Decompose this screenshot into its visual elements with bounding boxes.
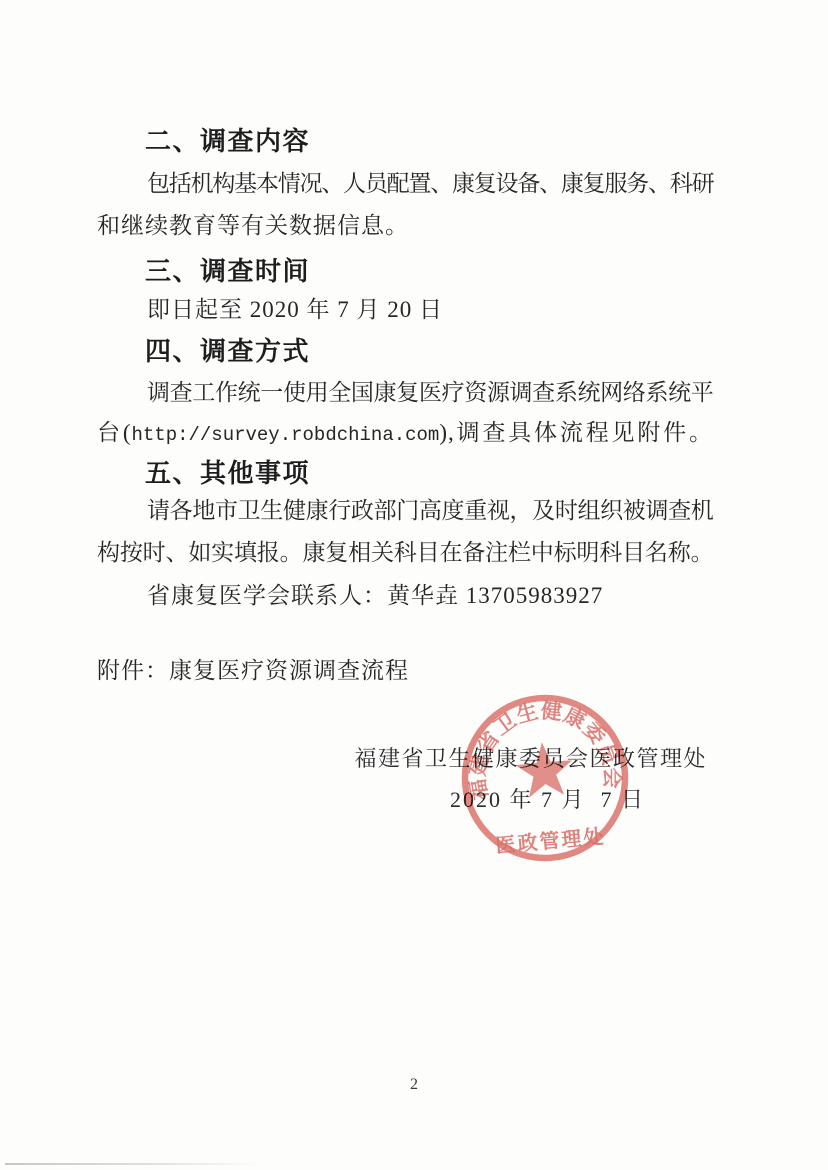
section-2-line-2: 和继续教育等有关数据信息。 [97,211,713,241]
section-5-line-2: 构按时、如实填报。康复相关科目在备注栏中标明科目名称。 [97,538,713,568]
section-3-line-1: 即日起至 2020 年 7 月 20 日 [97,295,713,325]
section-4-line-2: 台(http://survey.robdchina.com),调查具体流程见附件… [97,418,713,450]
page-number: 2 [0,1070,828,1100]
survey-url: http://survey.robdchina.com [131,424,439,446]
section-4-line-1: 调查工作统一使用全国康复医疗资源调查系统网络系统平 [97,378,713,408]
section-5-line-1: 请各地市卫生健康行政部门高度重视，及时组织被调查机 [97,496,713,526]
scan-artifact-line [5,1163,260,1165]
section-2-heading: 二、调查内容 [97,125,761,157]
official-seal-stamp: 福建省卫生健康委员会 医政管理处 [447,680,642,875]
section-3-heading: 三、调查时间 [97,255,761,287]
contact-line: 省康复医学会联系人：黄华垚 13705983927 [97,581,713,611]
section-4-heading: 四、调查方式 [97,335,761,367]
seal-bottom-text: 医政管理处 [495,824,607,857]
section-2-line-1: 包括机构基本情况、人员配置、康复设备、康复服务、科研 [97,169,713,199]
seal-star-icon [513,740,575,799]
url-line-prefix: 台( [97,420,131,445]
document-page: 二、调查内容 包括机构基本情况、人员配置、康复设备、康复服务、科研 和继续教育等… [0,0,828,1170]
section-5-heading: 五、其他事项 [97,457,761,489]
url-line-suffix: ),调查具体流程见附件。 [439,420,713,445]
